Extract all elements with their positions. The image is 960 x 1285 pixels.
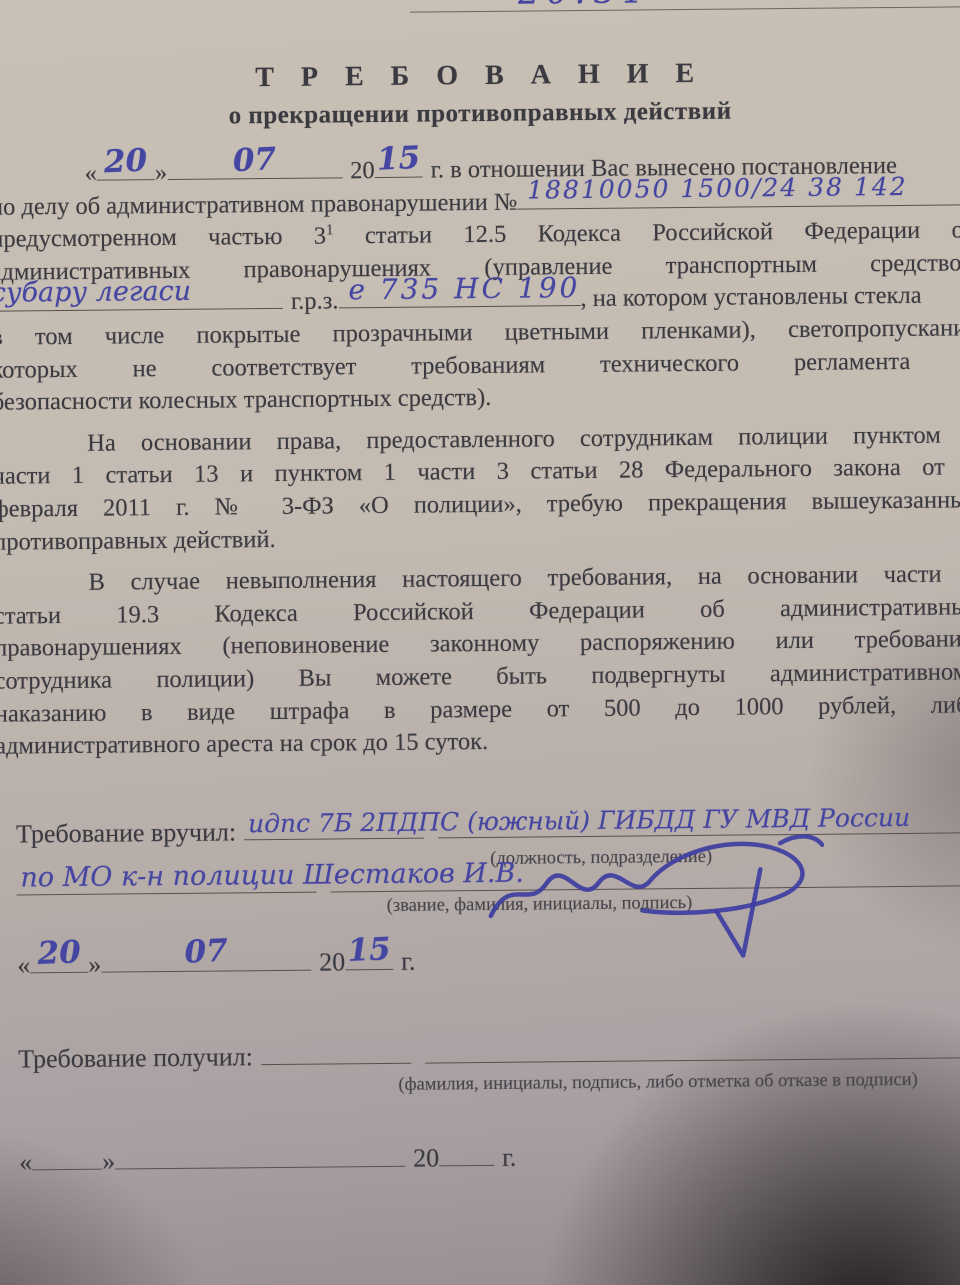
after-plate-text: , на котором установлены стекла: [580, 280, 921, 316]
received-blanks: [261, 1057, 960, 1065]
received-year-prefix: 20: [413, 1143, 439, 1173]
document-body: « 20 » 07 20 15 г. в отношении Вас вынес…: [0, 149, 960, 764]
handwritten-month: 07: [232, 144, 277, 178]
received-date-line: « » 20 г.: [19, 1138, 960, 1177]
received-year-suffix: г.: [502, 1142, 517, 1172]
handwritten-year: 15: [376, 142, 421, 176]
handwritten-officer: по МО к-н полиции Шестаков И.В.: [20, 857, 524, 893]
served-section: Требование вручил: идпс 7Б 2ПДПС (южный)…: [16, 810, 960, 980]
law-text-part1: предусмотренном частью 3: [0, 223, 326, 253]
handwritten-case-number: 18810050 1500/24 38 142: [527, 171, 908, 207]
received-section: Требование получил: (фамилия, инициалы, …: [18, 1035, 960, 1177]
served-month-blank: 07: [101, 969, 311, 972]
quote-close: »: [155, 157, 168, 190]
plate-blank: е 735 НС 190: [339, 305, 581, 308]
received-day-blank: [32, 1168, 102, 1170]
handwritten-served-year: 15: [347, 931, 392, 969]
received-year-blank: [439, 1165, 494, 1167]
served-year-prefix: 20: [319, 947, 345, 977]
document-subtitle: о прекращении противоправных действий: [0, 95, 960, 133]
handwritten-served-month: 07: [184, 932, 229, 970]
served-date-line: « 20 » 07 20 15 г.: [17, 941, 960, 980]
quote-close: »: [88, 949, 101, 979]
vehicle-blank: субару легаси: [0, 308, 283, 312]
served-year-suffix: г.: [401, 946, 416, 976]
year-prefix: 20: [350, 155, 375, 188]
received-label: Требование получил:: [18, 1042, 253, 1074]
handwritten-plate: е 735 НС 190: [348, 272, 580, 307]
grz-label: г.р.з.: [291, 286, 339, 319]
case-label: по делу об административном правонарушен…: [0, 186, 517, 224]
received-label-line: Требование получил:: [18, 1035, 960, 1074]
served-position-blanks: идпс 7Б 2ПДПС (южный) ГИБДД ГУ МВД Росси…: [244, 832, 960, 840]
cut-off-note-wrap: 20:31: [518, 0, 758, 12]
handwritten-vehicle: субару легаси: [0, 276, 191, 311]
quote-open: «: [84, 158, 97, 191]
handwritten-served-day: 20: [37, 934, 82, 972]
served-label: Требование вручил:: [16, 817, 236, 849]
month-blank: 07: [167, 177, 342, 180]
cut-off-handwriting: 20:31: [518, 0, 651, 12]
law-text-part2: статьи 12.5 Кодекса Российской Федерации…: [333, 216, 960, 249]
handwritten-day: 20: [104, 145, 149, 179]
document-sheet: 20:31 Т Р Е Б О В А Н И Е о прекращении …: [0, 0, 960, 1178]
received-month-blank: [115, 1165, 405, 1169]
quote-close: »: [102, 1146, 115, 1176]
quote-open: «: [19, 1147, 32, 1177]
received-blank-short: [261, 1062, 411, 1064]
served-year-blank: 15: [345, 969, 393, 970]
case-number-blank: 18810050 1500/24 38 142: [517, 204, 960, 209]
year-blank: 15: [375, 177, 423, 178]
served-label-line: Требование вручил: идпс 7Б 2ПДПС (южный)…: [16, 810, 960, 849]
document-photo: 20:31 Т Р Е Б О В А Н И Е о прекращении …: [0, 0, 960, 1285]
served-day-blank: 20: [30, 971, 88, 973]
received-blank-long: [425, 1057, 960, 1063]
quote-open: «: [17, 950, 30, 980]
document-title: Т Р Е Б О В А Н И Е: [0, 55, 960, 97]
day-blank: 20: [97, 179, 155, 181]
